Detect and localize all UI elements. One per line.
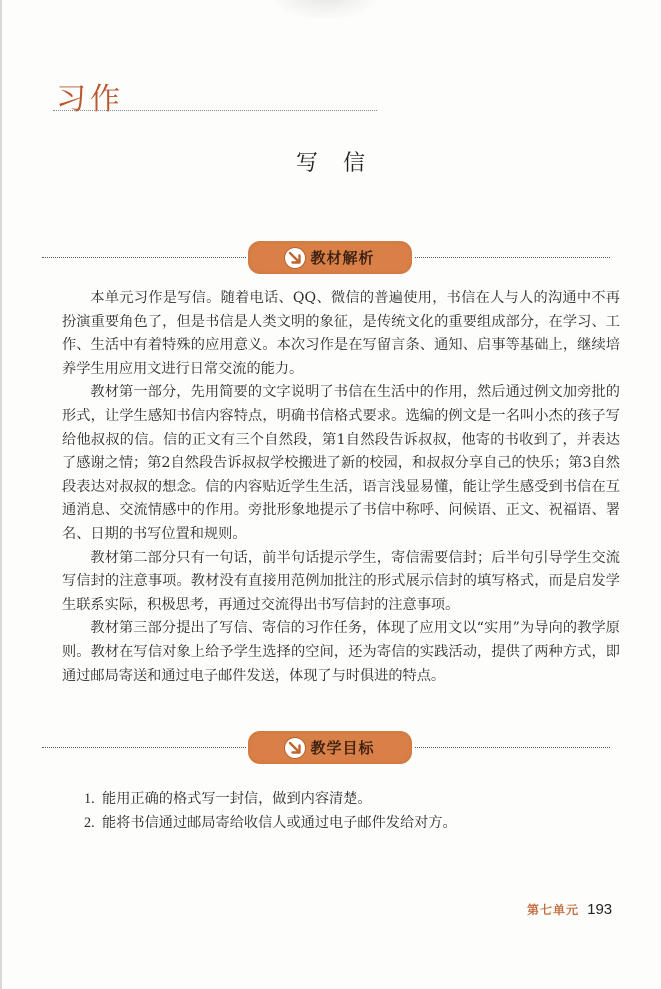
arrow-down-right-icon [285,248,305,268]
dotted-divider-left [42,747,246,748]
page-number: 193 [587,901,612,918]
goal-number: 2. [84,812,102,836]
goal-number: 1. [84,788,102,812]
section-band-analysis: 教材解析 [42,241,610,275]
section-badge-analysis: 教材解析 [248,241,412,274]
page-heading: 写 信 [0,146,661,177]
analysis-text: 本单元习作是写信。随着电话、QQ、微信的普遍使用，书信在人与人的沟通中不再扮演重… [62,287,620,688]
section-title: 习作 [56,74,124,118]
section-band-goals: 教学目标 [42,731,610,765]
goal-text: 能将书信通过邮局寄给收信人或通过电子邮件发给对方。 [102,815,457,831]
dotted-divider-right [415,747,610,748]
analysis-paragraph: 教材第三部分提出了写信、寄信的习作任务，体现了应用文以“实用”为导向的教学原则。… [62,617,620,688]
page-heading-char-2: 信 [343,146,365,177]
dotted-divider-right [415,257,610,258]
title-divider [53,110,377,111]
unit-label: 第七单元 [527,903,579,917]
goal-text: 能用正确的格式写一封信，做到内容清楚。 [102,791,372,807]
arrow-down-right-icon [285,738,305,758]
page-heading-char-1: 写 [296,146,318,177]
goal-item: 2.能将书信通过邮局寄给收信人或通过电子邮件发给对方。 [84,812,584,836]
section-badge-label: 教学目标 [310,737,374,758]
analysis-paragraph: 教材第二部分只有一句话，前半句话提示学生，寄信需要信封；后半句引导学生交流写信封… [62,547,620,618]
analysis-paragraph: 教材第一部分，先用简要的文字说明了书信在生活中的作用，然后通过例文加旁批的形式，… [62,381,620,546]
goals-list: 1.能用正确的格式写一封信，做到内容清楚。 2.能将书信通过邮局寄给收信人或通过… [84,788,584,835]
scan-smudge [270,0,380,20]
page-footer: 第七单元 193 [527,899,612,918]
dotted-divider-left [42,257,246,258]
analysis-paragraph: 本单元习作是写信。随着电话、QQ、微信的普遍使用，书信在人与人的沟通中不再扮演重… [62,287,620,381]
goal-item: 1.能用正确的格式写一封信，做到内容清楚。 [84,788,584,812]
section-badge-label: 教材解析 [310,247,374,268]
section-badge-goals: 教学目标 [248,731,412,764]
